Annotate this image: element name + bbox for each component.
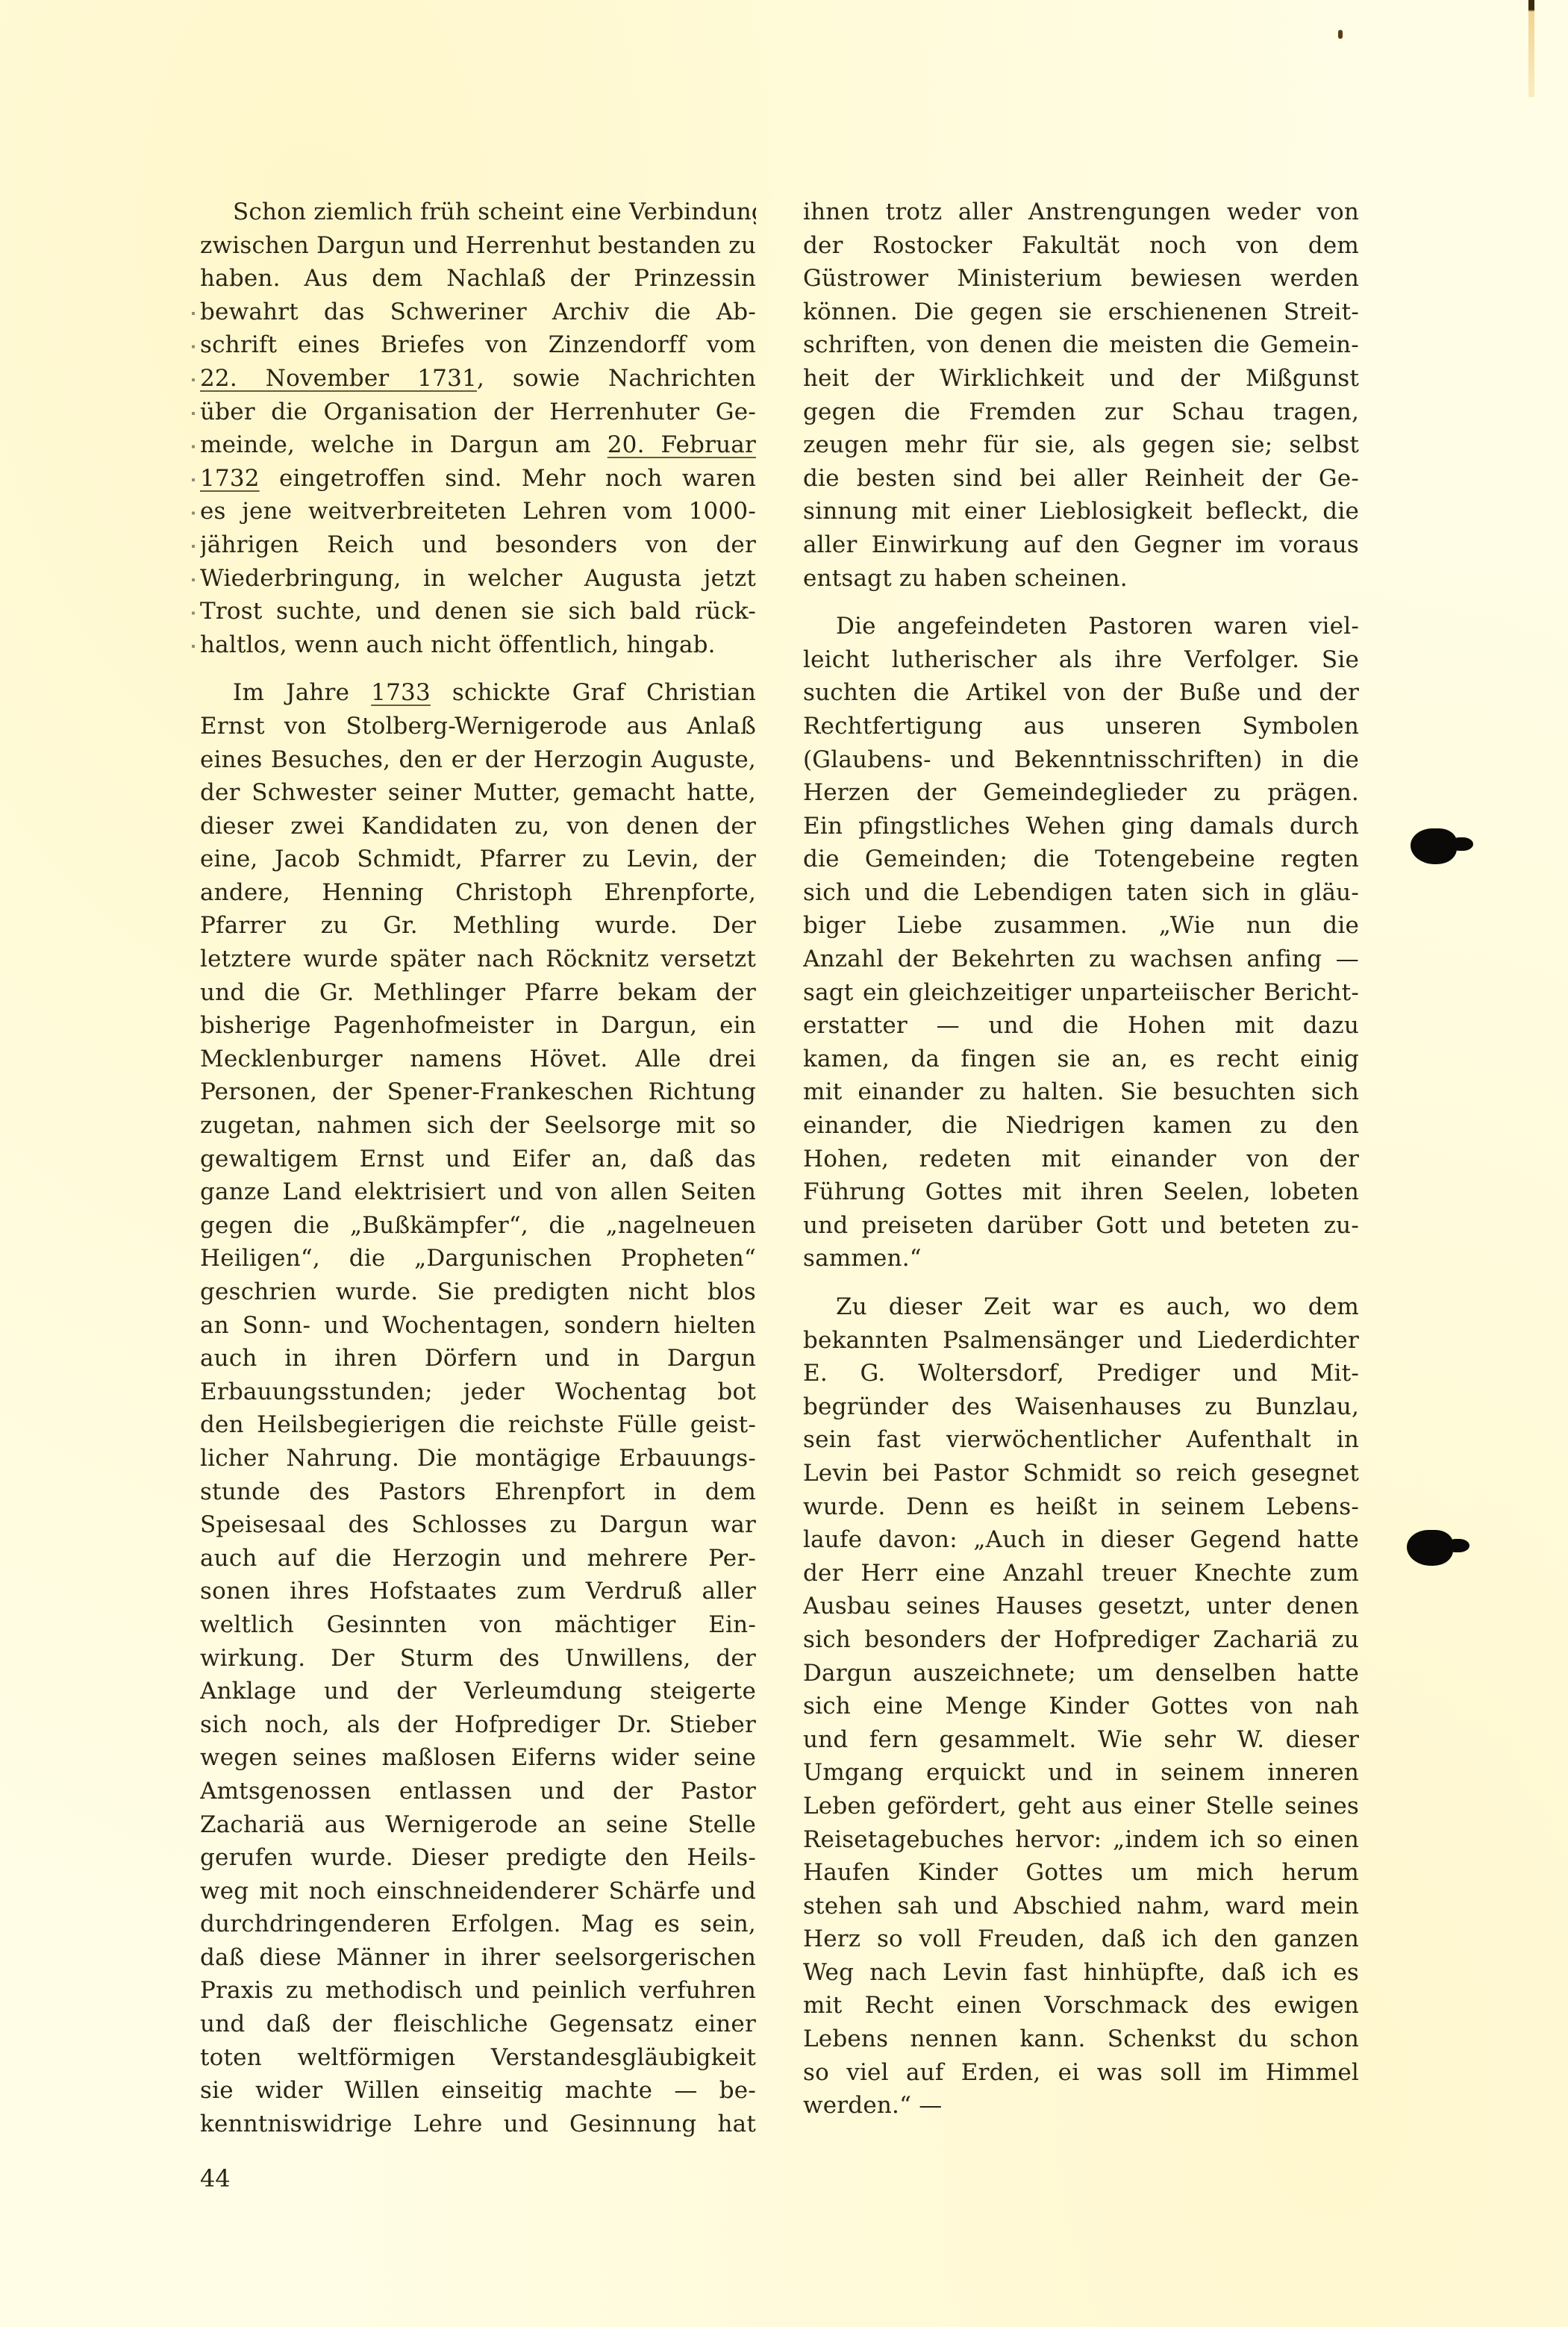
text-line: der Herr eine Anzahl treuer Knechte zum	[803, 1557, 1359, 1590]
text-line: Lebens nennen kann. Schenkst du schon	[803, 2023, 1359, 2056]
text-line: schriften, von denen die meisten die Gem…	[803, 328, 1359, 362]
text-line: an Sonn- und Wochentagen, sondern hielte…	[200, 1309, 756, 1343]
text-line: Anklage und der Verleumdung steigerte	[200, 1675, 756, 1708]
text-line: (Glaubens- und Bekenntnisschriften) in d…	[803, 743, 1359, 777]
text-line: wegen seines maßlosen Eiferns wider sein…	[200, 1741, 756, 1775]
text-line: stehen sah und Abschied nahm, ward mein	[803, 1890, 1359, 1923]
text-line: bewahrt das Schweriner Archiv die Ab-	[200, 296, 756, 329]
text-line: die Gemeinden; die Totengebeine regten	[803, 843, 1359, 876]
text-line: Zachariä aus Wernigerode an seine Stelle	[200, 1808, 756, 1842]
underlined-date: 1732	[200, 465, 260, 492]
text-line: dieser zwei Kandidaten zu, von denen der	[200, 810, 756, 843]
text-line: Ein pfingstliches Wehen ging damals durc…	[803, 810, 1359, 843]
text-line: und daß der fleischliche Gegensatz einer	[200, 2008, 756, 2041]
right-text-column: ihnen trotz aller Anstrengungen weder vo…	[803, 196, 1359, 2123]
underlined-date: 22. November 1731	[200, 365, 477, 392]
page-edge-stain	[1528, 0, 1534, 97]
text-line: leicht lutherischer als ihre Verfolger. …	[803, 643, 1359, 677]
text-line: schrift eines Briefes von Zinzendorff vo…	[200, 328, 756, 362]
text-line: sich besonders der Hofprediger Zachariä …	[803, 1623, 1359, 1657]
text-line: Güstrower Ministerium bewiesen werden	[803, 262, 1359, 296]
text-line: kenntniswidrige Lehre und Gesinnung hat	[200, 2108, 756, 2141]
ink-speck	[1338, 30, 1343, 39]
text-line: Umgang erquickt und in seinem inneren	[803, 1756, 1359, 1790]
text-line: haben. Aus dem Nachlaß der Prinzessin	[200, 262, 756, 296]
text-line: zwischen Dargun und Herrenhut bestanden …	[200, 229, 756, 263]
gutter-pencil-marks	[192, 312, 195, 663]
text-line: mit Recht einen Vorschmack des ewigen	[803, 1989, 1359, 2023]
text-line: werden.“ —	[803, 2089, 1359, 2123]
text-line: mit einander zu halten. Sie besuchten si…	[803, 1075, 1359, 1109]
page-number: 44	[200, 2164, 231, 2193]
text-line: Haufen Kinder Gottes um mich herum	[803, 1856, 1359, 1890]
text-line: meinde, welche in Dargun am 20. Februar	[200, 428, 756, 462]
text-line: gegen die „Bußkämpfer“, die „nagelneuen	[200, 1209, 756, 1243]
text-line: Amtsgenossen entlassen und der Pastor	[200, 1775, 756, 1808]
text-line: sich und die Lebendigen taten sich in gl…	[803, 876, 1359, 910]
text-line: Praxis zu methodisch und peinlich verfuh…	[200, 1974, 756, 2008]
text-line: sich eine Menge Kinder Gottes von nah	[803, 1690, 1359, 1723]
text-line: bisherige Pagenhofmeister in Dargun, ein	[200, 1009, 756, 1043]
text-line: Ausbau seines Hauses gesetzt, unter dene…	[803, 1590, 1359, 1623]
text-line: einander, die Niedrigen kamen zu den	[803, 1109, 1359, 1143]
text-line: sie wider Willen einseitig machte — be-	[200, 2074, 756, 2108]
text-line: der Schwester seiner Mutter, gemacht hat…	[200, 776, 756, 810]
text-line: Herz so voll Freuden, daß ich den ganzen	[803, 1922, 1359, 1956]
underlined-date: 20. Februar	[607, 431, 756, 458]
text-line: Heiligen“, die „Dargunischen Propheten“	[200, 1242, 756, 1275]
text-line: sich noch, als der Hofprediger Dr. Stieb…	[200, 1708, 756, 1742]
text-line: biger Liebe zusammen. „Wie nun die	[803, 909, 1359, 943]
text-line: sagt ein gleichzeitiger unparteiischer B…	[803, 976, 1359, 1010]
paragraph-gap	[803, 595, 1359, 610]
text-line: laufe davon: „Auch in dieser Gegend hatt…	[803, 1523, 1359, 1557]
text-line: ihnen trotz aller Anstrengungen weder vo…	[803, 196, 1359, 229]
text-line: und die Gr. Methlinger Pfarre bekam der	[200, 976, 756, 1010]
text-line: bekannten Psalmensänger und Liederdichte…	[803, 1324, 1359, 1358]
text-line: eines Besuches, den er der Herzogin Augu…	[200, 743, 756, 777]
text-line: auch auf die Herzogin und mehrere Per-	[200, 1542, 756, 1575]
text-line: können. Die gegen sie erschienenen Strei…	[803, 296, 1359, 329]
text-line: weltlich Gesinnten von mächtiger Ein-	[200, 1608, 756, 1642]
text-line: weg mit noch einschneidenderer Schärfe u…	[200, 1875, 756, 1908]
text-line: und preiseten darüber Gott und beteten z…	[803, 1209, 1359, 1243]
text-line: Pfarrer zu Gr. Methling wurde. Der	[200, 909, 756, 943]
text-line: es jene weitverbreiteten Lehren vom 1000…	[200, 495, 756, 528]
underlined-date: 1733	[371, 679, 431, 706]
text-line: erstatter — und die Hohen mit dazu	[803, 1009, 1359, 1043]
text-line: Führung Gottes mit ihren Seelen, lobeten	[803, 1175, 1359, 1209]
text-line: Levin bei Pastor Schmidt so reich gesegn…	[803, 1457, 1359, 1490]
text-line: so viel auf Erden, ei was soll im Himmel	[803, 2056, 1359, 2090]
text-line: Wiederbringung, in welcher Augusta jetzt	[200, 562, 756, 596]
text-line: E. G. Woltersdorf, Prediger und Mit-	[803, 1357, 1359, 1390]
text-line: Hohen, redeten mit einander von der	[803, 1143, 1359, 1176]
left-text-column: Schon ziemlich früh scheint eine Verbind…	[200, 196, 756, 2140]
text-line: Weg nach Levin fast hinhüpfte, daß ich e…	[803, 1956, 1359, 1990]
text-line: Trost suchte, und denen sie sich bald rü…	[200, 595, 756, 628]
text-line: durchdringenderen Erfolgen. Mag es sein,	[200, 1908, 756, 1941]
text-line: gerufen wurde. Dieser predigte den Heils…	[200, 1841, 756, 1875]
text-line: wurde. Denn es heißt in seinem Lebens-	[803, 1490, 1359, 1524]
text-line: Anzahl der Bekehrten zu wachsen anfing —	[803, 943, 1359, 976]
text-line: gewaltigem Ernst und Eifer an, daß das	[200, 1143, 756, 1176]
text-line: sonen ihres Hofstaates zum Verdruß aller	[200, 1575, 756, 1608]
text-line: zugetan, nahmen sich der Seelsorge mit s…	[200, 1109, 756, 1143]
text-line: Leben gefördert, geht aus einer Stelle s…	[803, 1790, 1359, 1823]
text-line: suchten die Artikel von der Buße und der	[803, 676, 1359, 710]
pointing-hand-icon	[1407, 1530, 1453, 1566]
text-line: eine, Jacob Schmidt, Pfarrer zu Levin, d…	[200, 843, 756, 876]
text-line: stunde des Pastors Ehrenpfort in dem	[200, 1475, 756, 1509]
text-line: Rechtfertigung aus unseren Symbolen	[803, 710, 1359, 743]
text-line: sein fast vierwöchentlicher Aufenthalt i…	[803, 1423, 1359, 1457]
text-line: geschrien wurde. Sie predigten nicht blo…	[200, 1275, 756, 1309]
text-line: begründer des Waisenhauses zu Bunzlau,	[803, 1390, 1359, 1424]
paragraph-gap	[803, 1275, 1359, 1290]
text-line: Erbauungsstunden; jeder Wochentag bot	[200, 1375, 756, 1409]
text-line: 22. November 1731, sowie Nachrichten	[200, 362, 756, 396]
text-line: Mecklenburger namens Hövet. Alle drei	[200, 1043, 756, 1076]
text-line: ganze Land elektrisiert und von allen Se…	[200, 1175, 756, 1209]
text-line: der Rostocker Fakultät noch von dem	[803, 229, 1359, 263]
text-line: andere, Henning Christoph Ehrenpforte,	[200, 876, 756, 910]
text-line: und fern gesammelt. Wie sehr W. dieser	[803, 1723, 1359, 1757]
text-line: die besten sind bei aller Reinheit der G…	[803, 462, 1359, 496]
text-line: Im Jahre 1733 schickte Graf Christian	[200, 676, 756, 710]
text-line: wirkung. Der Sturm des Unwillens, der	[200, 1642, 756, 1675]
text-line: den Heilsbegierigen die reichste Fülle g…	[200, 1408, 756, 1442]
text-line: Herzen der Gemeindeglieder zu prägen.	[803, 776, 1359, 810]
text-line: jährigen Reich und besonders von der	[200, 528, 756, 562]
pointing-hand-icon	[1411, 828, 1457, 864]
text-line: daß diese Männer in ihrer seelsorgerisch…	[200, 1941, 756, 1975]
text-line: zeugen mehr für sie, als gegen sie; selb…	[803, 428, 1359, 462]
text-line: Speisesaal des Schlosses zu Dargun war	[200, 1508, 756, 1542]
text-line: aller Einwirkung auf den Gegner im vorau…	[803, 528, 1359, 562]
text-line: toten weltförmigen Verstandesgläubigkeit	[200, 2041, 756, 2075]
text-line: sinnung mit einer Lieblosigkeit befleckt…	[803, 495, 1359, 528]
scanned-book-page: Schon ziemlich früh scheint eine Verbind…	[0, 0, 1568, 2327]
paragraph-gap	[200, 661, 756, 676]
text-line: Schon ziemlich früh scheint eine Verbind…	[200, 196, 756, 229]
text-line: auch in ihren Dörfern und in Dargun	[200, 1342, 756, 1375]
text-line: licher Nahrung. Die montägige Erbauungs-	[200, 1442, 756, 1475]
text-line: sammen.“	[803, 1242, 1359, 1275]
text-line: heit der Wirklichkeit und der Mißgunst	[803, 362, 1359, 396]
text-line: über die Organisation der Herrenhuter Ge…	[200, 396, 756, 429]
text-line: 1732 eingetroffen sind. Mehr noch waren	[200, 462, 756, 496]
text-line: Reisetagebuches hervor: „indem ich so ei…	[803, 1823, 1359, 1857]
text-line: Zu dieser Zeit war es auch, wo dem	[803, 1290, 1359, 1324]
text-line: letztere wurde später nach Röcknitz vers…	[200, 943, 756, 976]
text-line: Ernst von Stolberg-Wernigerode aus Anlaß	[200, 710, 756, 743]
text-line: Personen, der Spener-Frankeschen Richtun…	[200, 1075, 756, 1109]
text-line: Die angefeindeten Pastoren waren viel-	[803, 610, 1359, 643]
text-line: gegen die Fremden zur Schau tragen,	[803, 396, 1359, 429]
text-line: haltlos, wenn auch nicht öffentlich, hin…	[200, 628, 756, 662]
text-line: kamen, da fingen sie an, es recht einig	[803, 1043, 1359, 1076]
text-line: entsagt zu haben scheinen.	[803, 562, 1359, 596]
text-line: Dargun auszeichnete; um denselben hatte	[803, 1657, 1359, 1690]
